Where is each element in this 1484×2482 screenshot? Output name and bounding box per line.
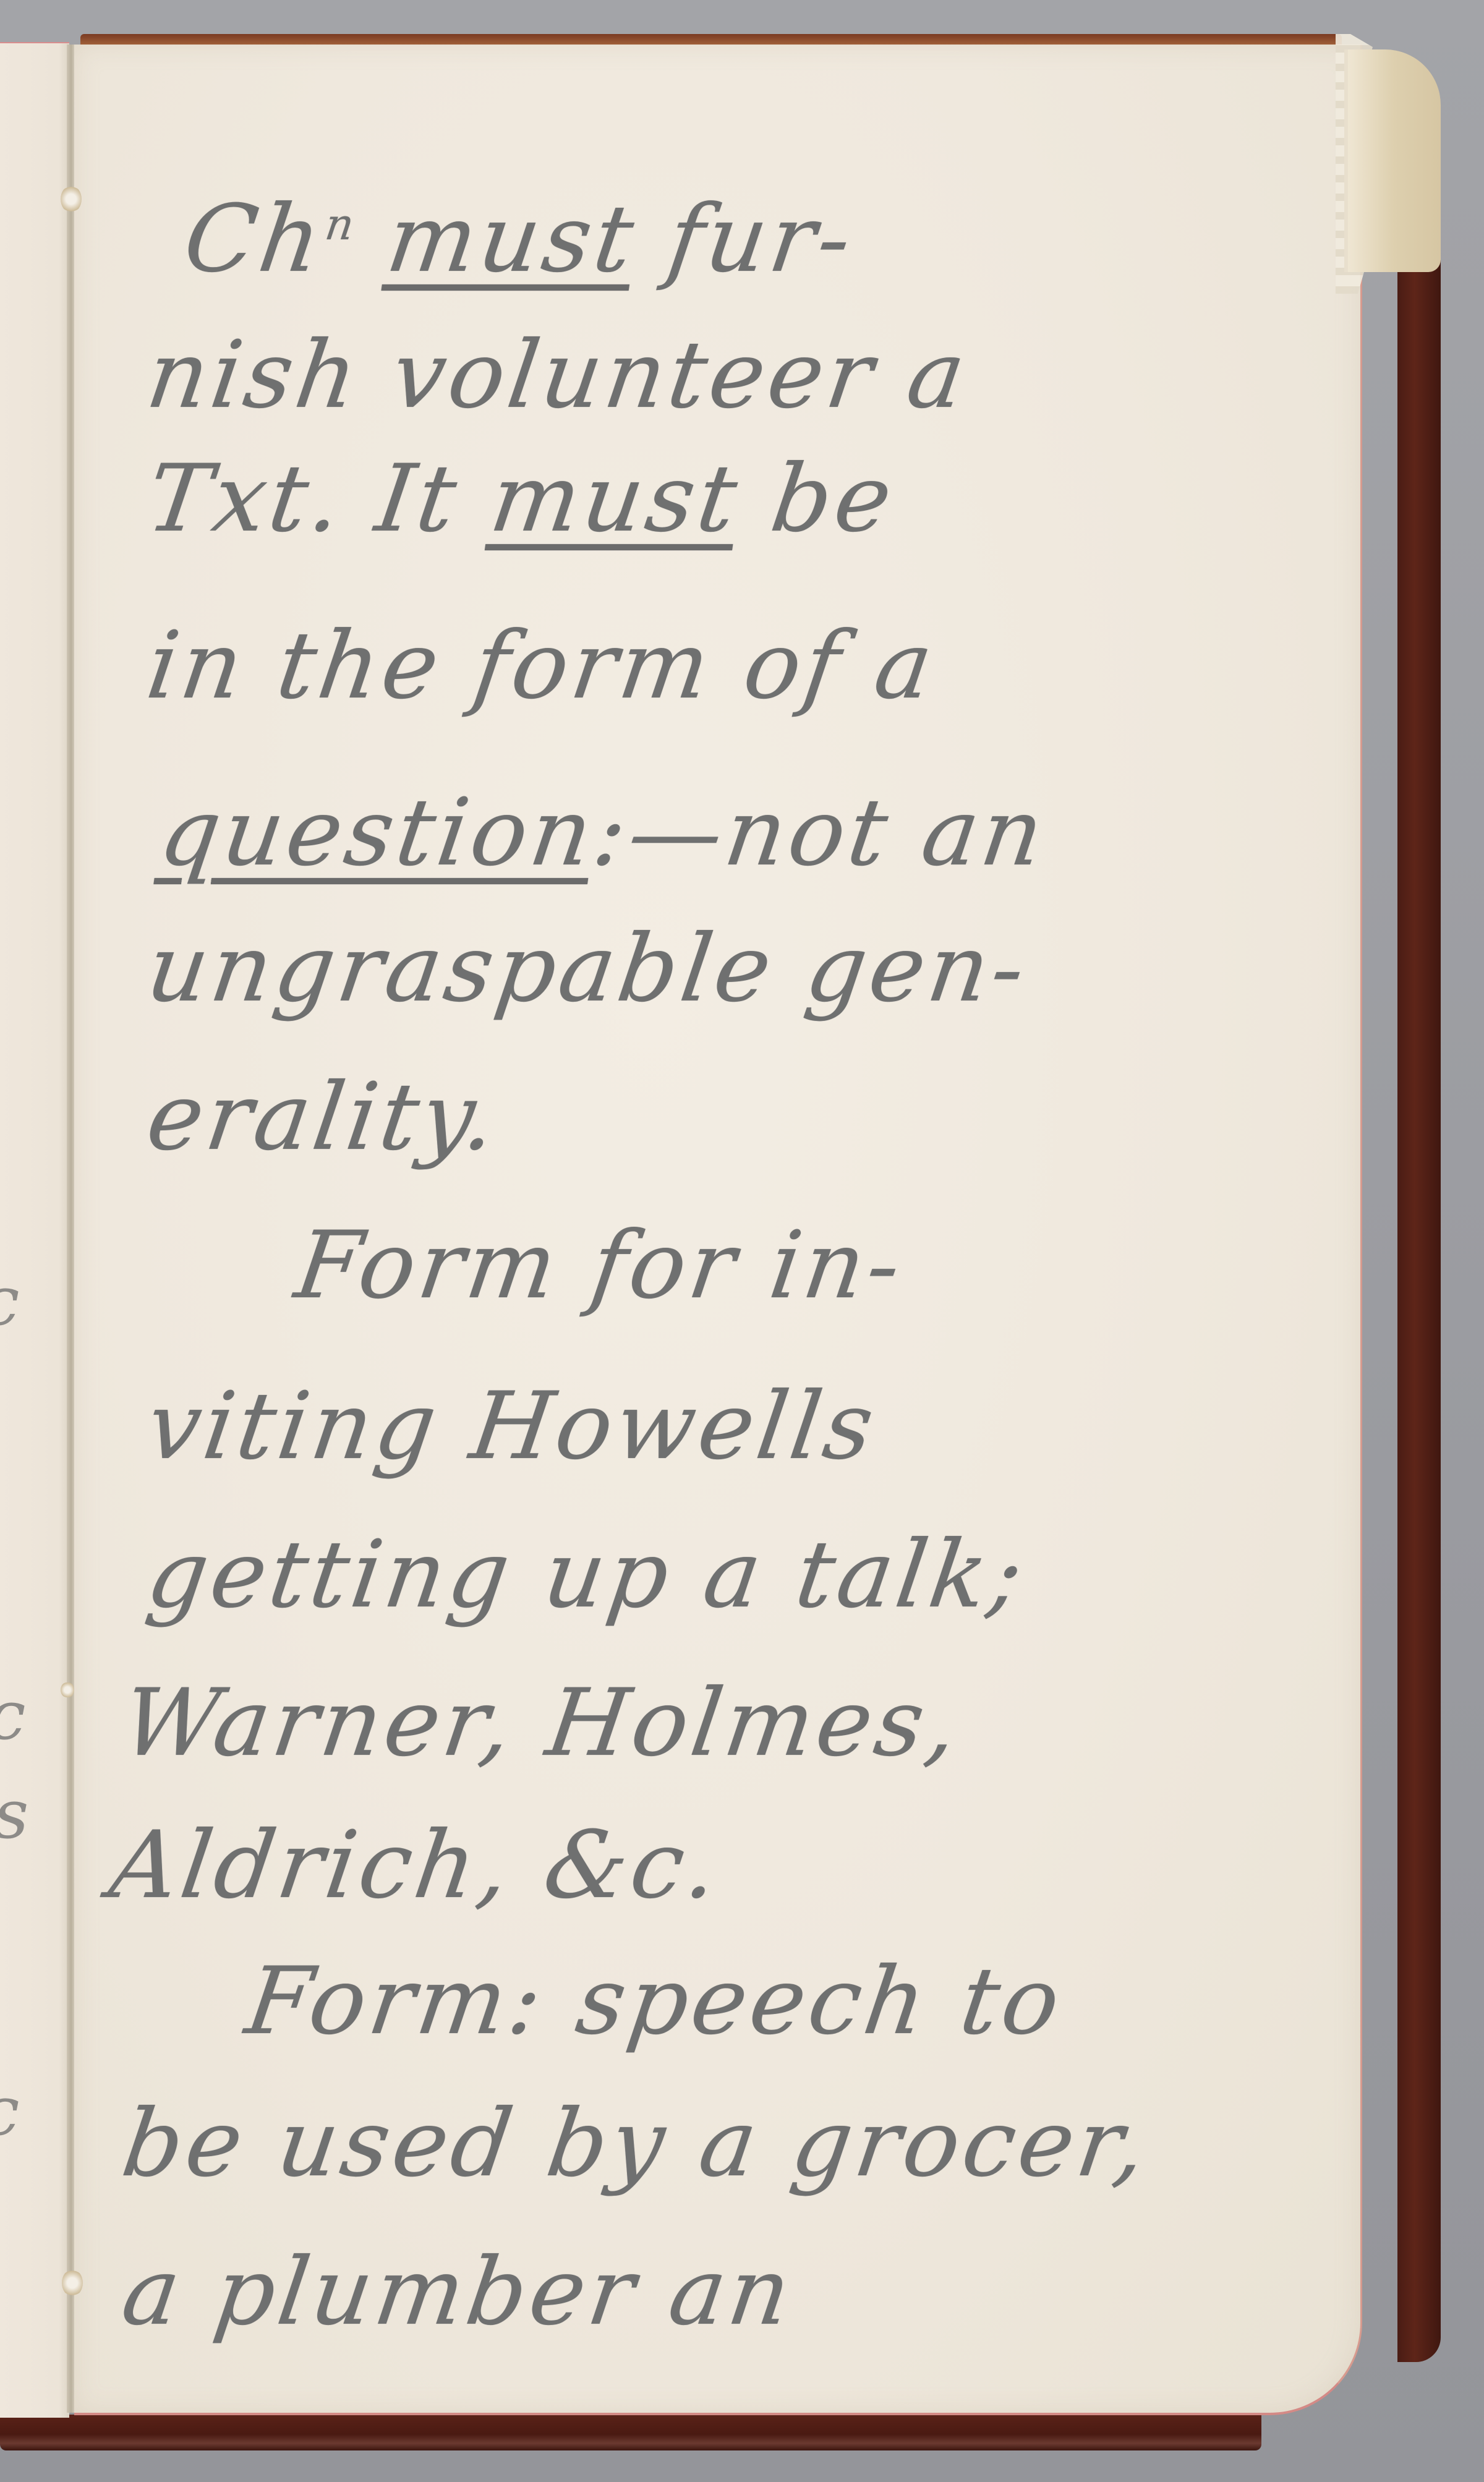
handwritten-line: Chn must fur-	[178, 186, 861, 293]
cover-top-edge	[80, 34, 1342, 45]
handwritten-line: Form for in-	[289, 1212, 911, 1320]
left-page-mark: s	[0, 1775, 28, 1854]
line-text: Txt. It	[141, 445, 500, 553]
handwritten-line: ungraspable gen-	[141, 915, 1035, 1023]
handwritten-line: be used by a grocer,	[116, 2090, 1156, 2198]
leather-cover-right	[1397, 74, 1441, 2362]
handwritten-line: Aldrich, &c.	[104, 1812, 728, 1919]
handwritten-line: nish volunteer a	[141, 322, 975, 429]
handwritten-line: viting Howells	[141, 1373, 884, 1480]
handwritten-line: getting up a talk;	[141, 1521, 1033, 1629]
line-text: :—not an	[587, 779, 1053, 887]
handwritten-line: a plumber an	[116, 2238, 801, 2346]
binding-stitch	[62, 2269, 83, 2296]
underlined-word: must	[381, 186, 644, 293]
leather-cover-bottom	[0, 2415, 1261, 2450]
binding-stitch	[61, 1682, 74, 1698]
handwritten-line: erality.	[141, 1064, 506, 1171]
handwritten-line: Form: speech to	[240, 1948, 1070, 2055]
handwritten-line: in the form of a	[141, 612, 942, 720]
underlined-word: must	[484, 445, 747, 553]
handwritten-line: question:—not an	[153, 779, 1053, 887]
left-page-mark: c	[0, 2071, 20, 2151]
left-page-mark: c	[0, 1676, 26, 1755]
left-page-sliver: c c s c	[0, 42, 69, 2418]
line-text: be	[731, 445, 902, 553]
left-page-mark: c	[0, 1261, 20, 1341]
line-text: fur-	[628, 186, 861, 293]
handwritten-line: Txt. It must be	[141, 445, 902, 553]
handwritten-line: Warner, Holmes,	[116, 1670, 968, 1777]
underlined-word: question	[153, 779, 602, 887]
line-text: Ch	[178, 186, 331, 293]
binding-stitch	[61, 186, 82, 213]
index-tab	[1348, 49, 1441, 272]
